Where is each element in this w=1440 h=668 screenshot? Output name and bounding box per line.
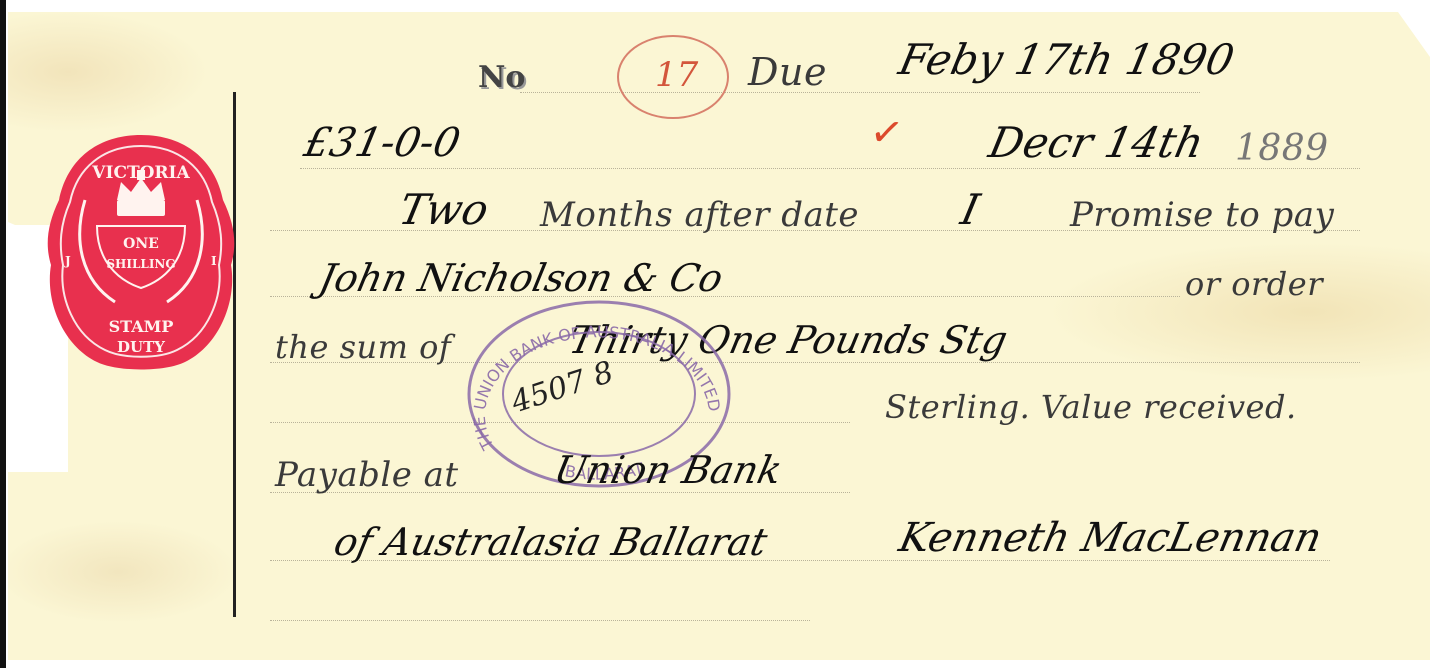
note-number: 17	[655, 55, 698, 95]
months-after-date-label: Months after date	[540, 195, 859, 235]
ruled-line-amount	[300, 168, 1360, 169]
payable-at-label: Payable at	[275, 455, 459, 495]
stamp-side-right: I	[211, 254, 217, 268]
or-order-label: or order	[1185, 265, 1323, 303]
stamp-bottom-1: STAMP	[109, 317, 174, 336]
due-date: Feby 17th 1890	[895, 35, 1239, 84]
maker-signature: Kenneth MacLennan	[895, 515, 1326, 561]
ruled-line-bottom	[270, 620, 810, 621]
sum-label: the sum of	[275, 328, 451, 366]
number-label: No	[478, 60, 525, 95]
red-check-icon: ✓	[867, 108, 907, 158]
stamp-side-left: J	[64, 254, 71, 268]
issue-date: Decr 14th	[985, 118, 1208, 167]
sterling-value-received-label: Sterling. Value received.	[885, 388, 1297, 426]
payable-bank-line1: Union Bank	[550, 448, 786, 492]
stamp-bottom-2: DUTY	[117, 338, 165, 356]
amount-figures: £31-0-0	[300, 120, 464, 166]
stamp-denomination-1: ONE	[123, 236, 159, 252]
months-count: Two	[395, 185, 493, 234]
stamp-denomination-2: SHILLING	[106, 257, 175, 271]
promise-to-pay-label: Promise to pay	[1070, 195, 1334, 235]
issue-year: 1889	[1235, 128, 1329, 169]
payee-name: John Nicholson & Co	[315, 256, 726, 300]
due-label: Due	[748, 50, 827, 94]
victoria-stamp-duty-seal: VICTORIA ONE SHILLING J I STAMP DUTY	[45, 130, 237, 375]
payable-bank-line2: of Australasia Ballarat	[330, 520, 771, 564]
scan-left-edge	[0, 0, 6, 668]
